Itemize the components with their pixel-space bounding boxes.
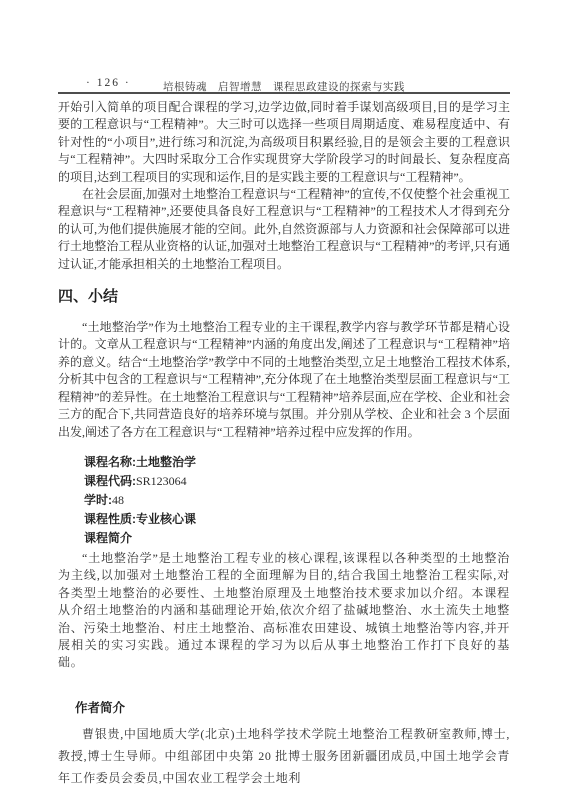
course-field-type: 课程性质:专业核心课 — [84, 510, 510, 529]
book-page: · 126 · 培根铸魂 启智增慧 课程思政建设的探索与实践 开始引入简单的项目… — [0, 0, 580, 800]
section-heading-summary: 四、小结 — [58, 285, 510, 306]
body-paragraph-2: 在社会层面,加强对土地整治工程意识与“工程精神”的宣传,不仅使整个社会重视工程意… — [58, 186, 510, 273]
body-paragraph-1: 开始引入简单的项目配合课程的学习,边学边做,同时着手谋划高级项目,目的是学习主要… — [58, 99, 510, 186]
summary-paragraph: “土地整治学”作为土地整治工程专业的主干课程,教学内容与教学环节都是精心设计的。… — [58, 319, 510, 441]
course-name-value: 土地整治学 — [136, 455, 196, 469]
course-intro-heading: 课程简介 — [84, 529, 510, 548]
course-type-value: 专业核心课 — [136, 512, 196, 526]
course-type-label: 课程性质: — [84, 512, 136, 526]
author-bio: 曹银贵,中国地质大学(北京)土地科学技术学院土地整治工程教研室教师,博士,教授,… — [58, 723, 510, 789]
page-header: · 126 · 培根铸魂 启智增慧 课程思政建设的探索与实践 — [58, 77, 510, 94]
running-book-title: 培根铸魂 启智增慧 课程思政建设的探索与实践 — [58, 79, 510, 94]
course-code-label: 课程代码: — [84, 474, 136, 488]
course-info-card: 课程名称:土地整治学 课程代码:SR123064 学时:48 课程性质:专业核心… — [84, 453, 510, 548]
course-field-name: 课程名称:土地整治学 — [84, 453, 510, 472]
course-code-value: SR123064 — [136, 474, 187, 488]
course-hours-label: 学时: — [84, 493, 112, 507]
page-content: · 126 · 培根铸魂 启智增慧 课程思政建设的探索与实践 开始引入简单的项目… — [58, 0, 510, 789]
course-name-label: 课程名称: — [84, 455, 136, 469]
course-field-hours: 学时:48 — [84, 491, 510, 510]
author-section-heading: 作者简介 — [75, 698, 510, 716]
course-field-code: 课程代码:SR123064 — [84, 472, 510, 491]
course-hours-value: 48 — [112, 493, 124, 507]
course-description: “土地整治学”是土地整治工程专业的核心课程,该课程以各种类型的土地整治为主线,以… — [58, 550, 510, 672]
